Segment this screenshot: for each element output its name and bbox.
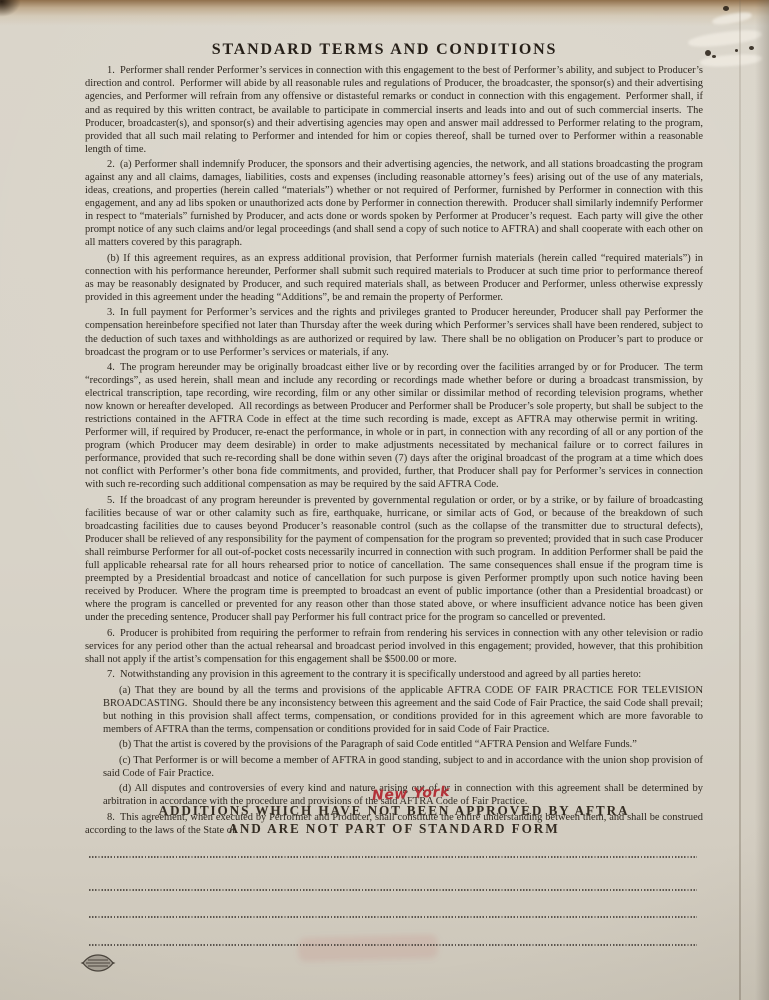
paragraph: 3. In full payment for Performer’s servi… xyxy=(85,304,703,359)
paragraph: 6. Producer is prohibited from requiring… xyxy=(85,624,703,666)
red-ink-offset-smudge xyxy=(298,934,439,962)
paragraph: (b) If this agreement requires, as an ex… xyxy=(85,249,703,304)
paper-right-edge-shadow xyxy=(755,0,769,1000)
paragraph: 7. Notwithstanding any provision in this… xyxy=(85,666,703,681)
fill-in-line xyxy=(89,889,697,891)
paper-top-edge-stain xyxy=(0,0,769,26)
additions-heading: ADDITIONS WHICH HAVE NOT BEEN APPROVED B… xyxy=(85,802,703,837)
paper-corner-stain xyxy=(0,0,21,17)
paragraph: 2. (a) Performer shall indemnify Produce… xyxy=(85,156,703,250)
paper-vertical-crease xyxy=(739,0,741,1000)
paragraph: (c) That Performer is or will become a m… xyxy=(103,751,703,779)
paper-speck xyxy=(723,6,729,11)
fill-in-line xyxy=(89,856,697,858)
paragraph: 1. Performer shall render Performer’s se… xyxy=(85,62,703,156)
fill-in-line xyxy=(89,944,697,946)
paragraph: 4. The program hereunder may be original… xyxy=(85,359,703,492)
paragraph: (b) That the artist is covered by the pr… xyxy=(103,736,703,751)
page-title: STANDARD TERMS AND CONDITIONS xyxy=(0,41,769,59)
additions-heading-line1: ADDITIONS WHICH HAVE NOT BEEN APPROVED B… xyxy=(85,802,703,820)
union-label-icon xyxy=(80,951,116,975)
contract-page: STANDARD TERMS AND CONDITIONS 1. Perform… xyxy=(0,0,769,1000)
fill-in-line xyxy=(89,916,697,918)
additions-heading-line2: AND ARE NOT PART OF STANDARD FORM xyxy=(85,820,703,838)
paragraph: (a) That they are bound by all the terms… xyxy=(103,681,703,736)
paper-crease xyxy=(712,11,753,27)
paragraph: 5. If the broadcast of any program hereu… xyxy=(85,491,703,624)
terms-paragraphs: 1. Performer shall render Performer’s se… xyxy=(85,62,703,837)
